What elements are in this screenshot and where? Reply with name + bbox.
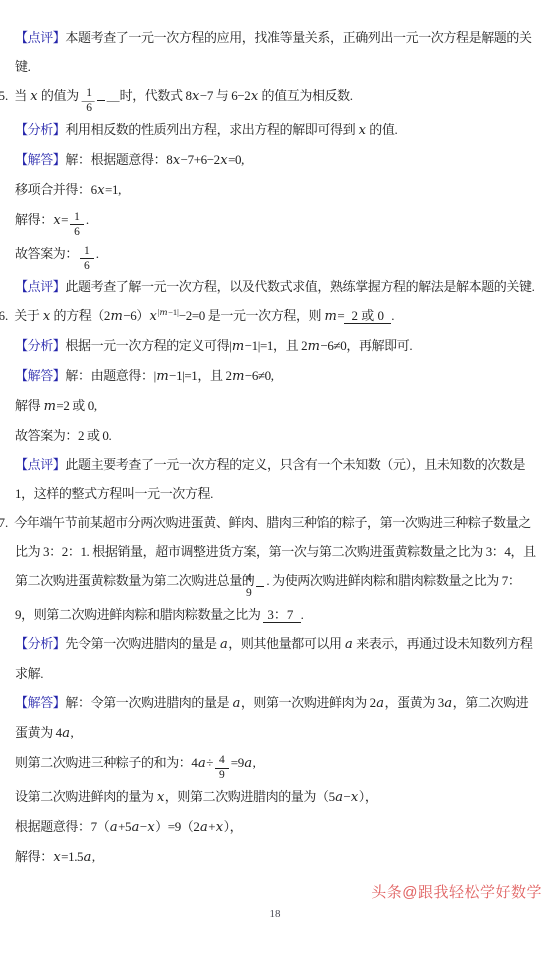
math-variable: x bbox=[42, 309, 50, 324]
math-variable: a bbox=[200, 820, 209, 835]
text-run: −1| bbox=[168, 307, 179, 317]
annotation-paragraph: 【分析】利用相反数的性质列出方程，求出方程的解即可得到 x 的值. bbox=[15, 115, 538, 145]
annotation-paragraph: 【解答】解：根据题意得：8x−7+6−2x=0, bbox=[15, 145, 538, 175]
text-run: , bbox=[92, 849, 95, 864]
math-variable: x bbox=[350, 790, 358, 805]
fraction: 49 bbox=[256, 572, 264, 600]
text-run: . bbox=[86, 212, 89, 227]
question-paragraph: 27.今年端午节前某超市分两次购进蛋黄、鲜肉、腊肉三种馅的粽子，第一次购进三种粽… bbox=[15, 508, 538, 629]
watermark: 头条@跟我轻松学好数学 bbox=[371, 881, 542, 902]
text-run: , bbox=[71, 725, 74, 740]
math-variable: x bbox=[156, 790, 164, 805]
annotation-paragraph: 【解答】解：由题意得：|m−1|=1，且 2m−6≠0, bbox=[15, 361, 538, 391]
text-run: −1|=1，且 2 bbox=[169, 368, 231, 383]
math-variable: x bbox=[215, 820, 223, 835]
text-run: =1.5 bbox=[61, 849, 83, 864]
text-run: ）， bbox=[224, 819, 243, 834]
solution-step: 解得：x=16. bbox=[15, 205, 538, 239]
text-run: 关于 bbox=[14, 308, 42, 323]
text-run: ，蛋黄为 3 bbox=[385, 695, 444, 710]
solution-step: 故答案为：16. bbox=[15, 239, 538, 273]
tag-label: 【分析】 bbox=[15, 636, 65, 651]
text-run: −1|=1，且 2 bbox=[245, 338, 307, 353]
text-run: 根据一元一次方程的定义可得| bbox=[65, 338, 231, 353]
text-run: 此题主要考查了一元一次方程的定义，只含有一个未知数（元），且未知数的次数是 1，… bbox=[15, 457, 525, 501]
text-run: =1, bbox=[105, 182, 121, 197]
text-run: 故答案为：2 或 0. bbox=[15, 428, 111, 443]
text-run: ＿ bbox=[107, 88, 120, 103]
answer-blank: 3：7 bbox=[263, 607, 300, 623]
text-run: 的方程（2 bbox=[51, 308, 110, 323]
math-variable: x bbox=[192, 89, 200, 104]
text-run: 的值. bbox=[366, 122, 397, 137]
annotation-paragraph: 【点评】本题考查了一元一次方程的应用，找准等量关系，正确列出一元一次方程是解题的… bbox=[15, 23, 538, 81]
text-run: 当 bbox=[14, 88, 29, 103]
math-variable: a bbox=[444, 696, 453, 711]
tag-label: 【解答】 bbox=[15, 368, 65, 383]
math-variable: a bbox=[232, 696, 241, 711]
annotation-paragraph: 【点评】此题考查了解一元一次方程，以及代数式求值，熟练掌握方程的解法是解本题的关… bbox=[15, 272, 538, 301]
solution-step: 解得：x=1.5a, bbox=[15, 842, 538, 872]
document-page: 【点评】本题考查了一元一次方程的应用，找准等量关系，正确列出一元一次方程是解题的… bbox=[0, 0, 550, 872]
math-variable: m bbox=[156, 369, 169, 384]
text-run: ÷ bbox=[206, 755, 213, 770]
text-run: − bbox=[140, 819, 147, 834]
fraction: 49 bbox=[215, 754, 229, 782]
annotation-paragraph: 【点评】此题主要考查了一元一次方程的定义，只含有一个未知数（元），且未知数的次数… bbox=[15, 450, 538, 508]
text-run: ，则第一次购进鲜肉为 2 bbox=[241, 695, 376, 710]
text-run: 则第二次购进三种粽子的和为：4 bbox=[15, 755, 198, 770]
math-variable: a bbox=[376, 696, 385, 711]
math-variable: m bbox=[231, 339, 244, 354]
text-run: −6≠0, bbox=[245, 368, 274, 383]
math-variable: a bbox=[244, 756, 253, 771]
math-variable: m bbox=[307, 339, 320, 354]
fraction: 16 bbox=[70, 211, 84, 239]
text-run: , bbox=[253, 755, 256, 770]
math-variable: x bbox=[220, 153, 228, 168]
text-run: −7+6−2 bbox=[181, 152, 220, 167]
superscript: |m−1| bbox=[157, 307, 179, 317]
fraction: 16 bbox=[80, 245, 94, 273]
text-run: 解得： bbox=[15, 849, 53, 864]
math-variable: x bbox=[250, 89, 258, 104]
fraction: 16 bbox=[97, 87, 105, 115]
text-run: −7 与 6−2 bbox=[200, 88, 250, 103]
text-run: =2 或 0, bbox=[56, 398, 96, 413]
question-paragraph: 25.当 x 的值为 ＿16＿时，代数式 8x−7 与 6−2x 的值互为相反数… bbox=[15, 81, 538, 115]
math-variable: x bbox=[97, 183, 105, 198]
text-run: 利用相反数的性质列出方程，求出方程的解即可得到 bbox=[65, 122, 358, 137]
annotation-paragraph: 【解答】解：令第一次购进腊肉的量是 a，则第一次购进鲜肉为 2a，蛋黄为 3a，… bbox=[15, 688, 538, 748]
tag-label: 【解答】 bbox=[15, 695, 65, 710]
text-run: +5 bbox=[118, 819, 131, 834]
text-run: 解得： bbox=[15, 212, 53, 227]
answer-blank: 2 或 0 bbox=[344, 308, 391, 324]
text-run: ，则其他量都可以用 bbox=[228, 636, 344, 651]
math-variable: a bbox=[198, 756, 207, 771]
text-run: 2 或 0 bbox=[348, 308, 387, 323]
question-number: 27. bbox=[0, 515, 8, 530]
text-run: ）， bbox=[359, 789, 378, 804]
text-run: 故答案为： bbox=[15, 246, 78, 261]
question-number: 26. bbox=[0, 308, 8, 323]
text-run: 此题考查了解一元一次方程，以及代数式求值，熟练掌握方程的解法是解本题的关键. bbox=[65, 279, 534, 294]
tag-label: 【分析】 bbox=[15, 338, 65, 353]
text-run: −6≠0，再解即可. bbox=[321, 338, 413, 353]
solution-step: 设第二次购进鲜肉的量为 x，则第二次购进腊肉的量为（5a−x）， bbox=[15, 782, 538, 812]
tag-label: 【点评】 bbox=[15, 30, 65, 45]
math-variable: a bbox=[345, 637, 354, 652]
math-variable: x bbox=[172, 153, 180, 168]
text-run: 先令第一次购进腊肉的量是 bbox=[65, 636, 219, 651]
text-run: 3：7 bbox=[267, 607, 296, 622]
text-run: −6） bbox=[123, 308, 149, 323]
text-run: 解：令第一次购进腊肉的量是 bbox=[65, 695, 232, 710]
question-number: 25. bbox=[0, 88, 8, 103]
math-variable: x bbox=[30, 89, 38, 104]
solution-step: 解得 m=2 或 0, bbox=[15, 391, 538, 421]
text-run: 解：根据题意得：8 bbox=[65, 152, 172, 167]
annotation-paragraph: 【分析】根据一元一次方程的定义可得|m−1|=1，且 2m−6≠0，再解即可. bbox=[15, 331, 538, 361]
text-run: ，则第二次购进腊肉的量为（5 bbox=[165, 789, 335, 804]
text-run: 移项合并得：6 bbox=[15, 182, 97, 197]
text-run: 的值为 bbox=[38, 88, 82, 103]
text-run: 解得 bbox=[15, 398, 43, 413]
tag-label: 【分析】 bbox=[15, 122, 65, 137]
tag-label: 【点评】 bbox=[15, 279, 65, 294]
text-run: 的值互为相反数. bbox=[259, 88, 353, 103]
math-variable: a bbox=[109, 820, 118, 835]
math-variable: m bbox=[324, 309, 337, 324]
text-run: 解：由题意得：| bbox=[65, 368, 155, 383]
tag-label: 【点评】 bbox=[15, 457, 65, 472]
text-run: . bbox=[391, 308, 394, 323]
annotation-paragraph: 【分析】先令第一次购进腊肉的量是 a，则其他量都可以用 a 来表示，再通过设未知… bbox=[15, 629, 538, 688]
math-variable: x bbox=[53, 850, 61, 865]
question-paragraph: 26.关于 x 的方程（2m−6）x|m−1|−2=0 是一元一次方程，则 m=… bbox=[15, 301, 538, 331]
text-run: . bbox=[301, 607, 304, 622]
math-variable: m bbox=[232, 369, 245, 384]
tag-label: 【解答】 bbox=[15, 152, 65, 167]
text-run: = bbox=[61, 212, 68, 227]
text-run: 本题考查了一元一次方程的应用，找准等量关系，正确列出一元一次方程是解题的关键. bbox=[15, 30, 532, 74]
text-run: =0, bbox=[228, 152, 244, 167]
text-run: 设第二次购进鲜肉的量为 bbox=[15, 789, 156, 804]
math-variable: a bbox=[131, 820, 140, 835]
solution-step: 根据题意得：7（a+5a−x）=9（2a+x）， bbox=[15, 812, 538, 842]
math-variable: x bbox=[147, 820, 155, 835]
math-variable: x bbox=[53, 213, 61, 228]
text-run: . bbox=[96, 246, 99, 261]
solution-step: 则第二次购进三种粽子的和为：4a÷49=9a, bbox=[15, 748, 538, 782]
math-variable: m bbox=[43, 399, 56, 414]
page-number: 18 bbox=[0, 908, 550, 920]
math-variable: a bbox=[219, 637, 228, 652]
text-run: −2=0 是一元一次方程，则 bbox=[179, 308, 324, 323]
solution-step: 故答案为：2 或 0. bbox=[15, 421, 538, 450]
text-run: =9 bbox=[231, 755, 244, 770]
text-run: 根据题意得：7（ bbox=[15, 819, 109, 834]
text-run: 时，代数式 8 bbox=[120, 88, 192, 103]
math-variable: m bbox=[110, 309, 123, 324]
math-variable: a bbox=[62, 726, 71, 741]
solution-step: 移项合并得：6x=1, bbox=[15, 175, 538, 205]
text-run: ）=9（2 bbox=[155, 819, 199, 834]
math-variable: a bbox=[83, 850, 92, 865]
math-variable: m bbox=[159, 308, 168, 318]
